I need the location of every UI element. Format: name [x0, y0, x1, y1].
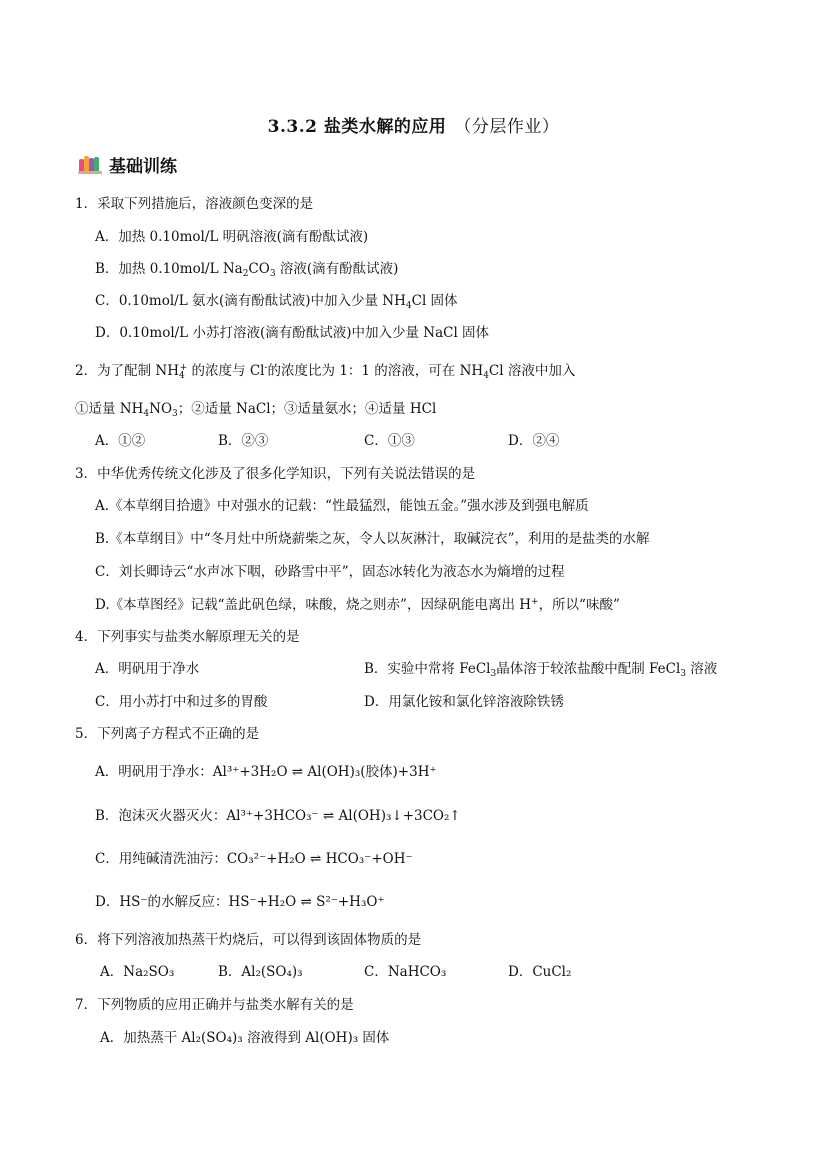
question-3-stem: 3．中华优秀传统文化涉及了很多化学知识，下列有关说法错误的是 [75, 465, 475, 483]
question-2-choices: ①适量 NH4NO3；②适量 NaCl；③适量氨水；④适量 HCl [75, 400, 436, 418]
question-1-option-b: B．加热 0.10mol/L Na2CO3 溶液(滴有酚酞试液) [95, 260, 398, 278]
question-4-option-b: B．实验中常将 FeCl3晶体溶于较浓盐酸中配制 FeCl3 溶液 [364, 660, 717, 678]
question-4-option-d: D．用氯化铵和氯化锌溶液除铁锈 [364, 693, 564, 711]
question-6-option-b: B．Al₂(SO₄)₃ [218, 963, 303, 981]
question-2-stem: 2．为了配制 NH4+ 的浓度与 Cl-的浓度比为 1：1 的溶液，可在 NH4… [75, 362, 575, 380]
section-header: 基础训练 [77, 152, 177, 177]
page-title: 3.3.2 盐类水解的应用（分层作业） [0, 112, 827, 137]
question-7-stem: 7．下列物质的应用正确并与盐类水解有关的是 [75, 996, 354, 1014]
question-2-option-a: A．①② [95, 432, 145, 450]
question-1-option-c: C．0.10mol/L 氨水(滴有酚酞试液)中加入少量 NH4Cl 固体 [95, 292, 458, 310]
books-icon [77, 155, 103, 175]
document-page: 3.3.2 盐类水解的应用（分层作业） 基础训练 1．采取下列措施后，溶液颜色变… [0, 0, 827, 1169]
question-7-option-a: A．加热蒸干 Al₂(SO₄)₃ 溶液得到 Al(OH)₃ 固体 [100, 1029, 389, 1047]
question-6-option-a: A．Na₂SO₃ [100, 963, 174, 981]
question-1-option-d: D．0.10mol/L 小苏打溶液(滴有酚酞试液)中加入少量 NaCl 固体 [95, 324, 489, 342]
question-6-stem: 6．将下列溶液加热蒸干灼烧后，可以得到该固体物质的是 [75, 931, 421, 949]
question-1-stem: 1．采取下列措施后，溶液颜色变深的是 [75, 195, 313, 213]
question-1-option-a: A．加热 0.10mol/L 明矾溶液(滴有酚酞试液) [95, 228, 368, 246]
question-5-option-b: B．泡沫灭火器灭火：Al³⁺+3HCO₃⁻ ⇌ Al(OH)₃↓+3CO₂↑ [95, 807, 461, 825]
question-3-option-d: D.《本草图经》记载“盖此矾色绿，味酸，烧之则赤”，因绿矾能电离出 H+，所以“… [95, 596, 620, 614]
question-5-option-a: A．明矾用于净水：Al³⁺+3H₂O ⇌ Al(OH)₃(胶体)+3H⁺ [95, 763, 437, 781]
question-2-option-d: D．②④ [508, 432, 559, 450]
question-6-option-c: C．NaHCO₃ [364, 963, 446, 981]
question-3-option-c: C．刘长卿诗云“水声冰下咽，砂路雪中平”，固态冰转化为液态水为熵增的过程 [95, 563, 565, 581]
section-title: 基础训练 [109, 152, 177, 177]
question-5-stem: 5．下列离子方程式不正确的是 [75, 725, 259, 743]
question-6-option-d: D．CuCl₂ [508, 963, 571, 981]
question-5-option-d: D．HS⁻的水解反应：HS⁻+H₂O ⇌ S²⁻+H₃O⁺ [95, 893, 385, 911]
question-4-stem: 4．下列事实与盐类水解原理无关的是 [75, 628, 300, 646]
question-3-option-b: B.《本草纲目》中“冬月灶中所烧薪柴之灰，令人以灰淋汁，取碱浣衣”，利用的是盐类… [95, 530, 650, 548]
question-4-option-c: C．用小苏打中和过多的胃酸 [95, 693, 267, 711]
question-4-option-a: A．明矾用于净水 [95, 660, 199, 678]
question-5-option-c: C．用纯碱清洗油污：CO₃²⁻+H₂O ⇌ HCO₃⁻+OH⁻ [95, 850, 413, 868]
question-2-option-b: B．②③ [218, 432, 268, 450]
question-3-option-a: A.《本草纲目拾遗》中对强水的记载：“性最猛烈，能蚀五金。”强水涉及到强电解质 [95, 497, 589, 515]
question-2-option-c: C．①③ [364, 432, 415, 450]
